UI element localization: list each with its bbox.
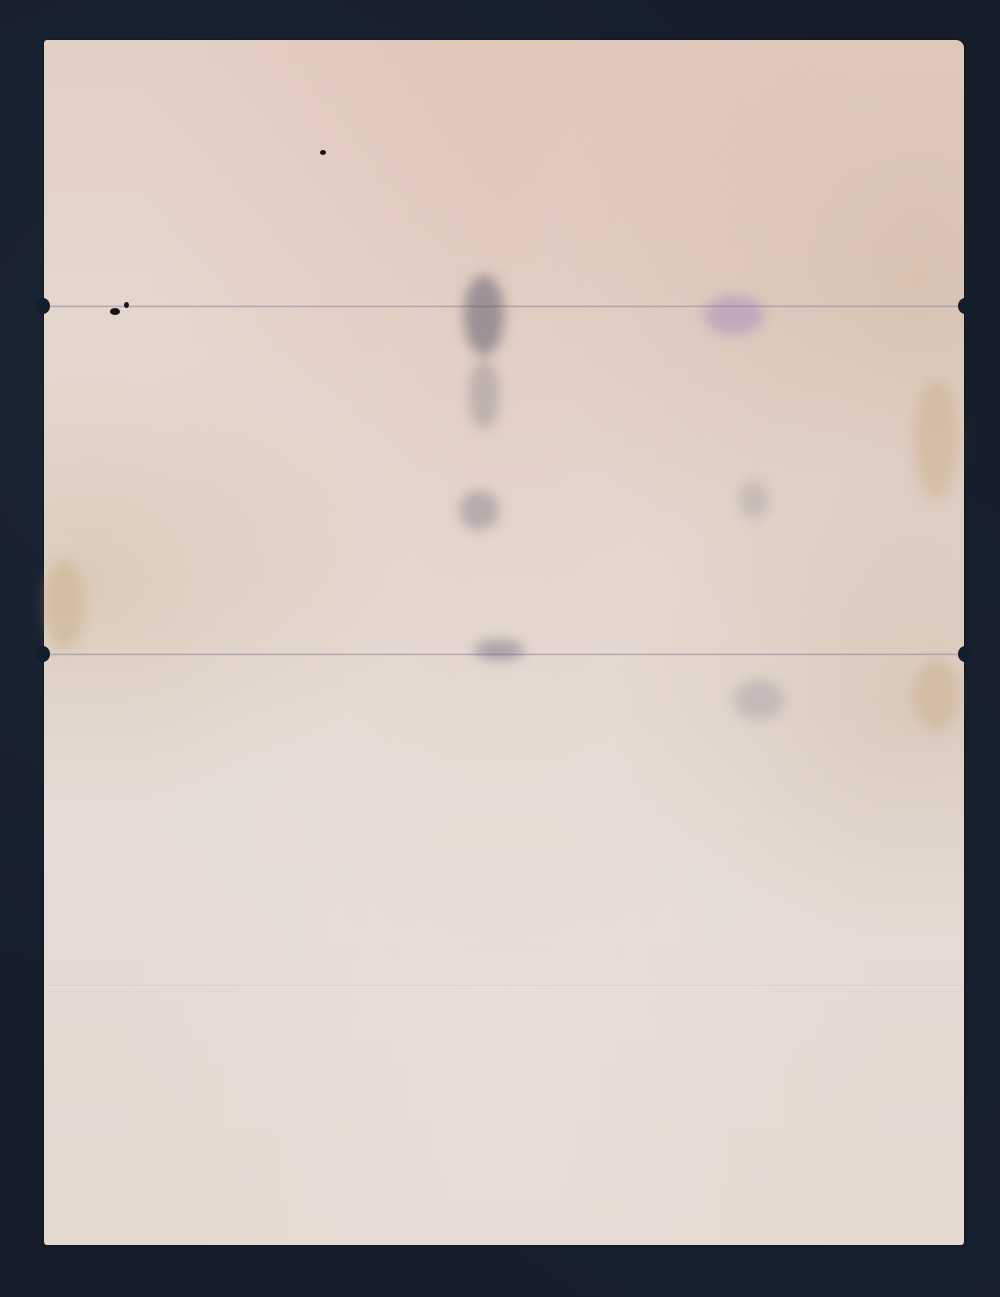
edge-tear xyxy=(36,298,50,314)
ink-smudge xyxy=(734,680,784,720)
fold-crease-top xyxy=(44,305,964,308)
stain xyxy=(914,380,959,500)
edge-tear xyxy=(958,298,972,314)
fold-crease-bottom xyxy=(44,985,964,987)
purple-ink-smudge xyxy=(704,295,764,335)
paper-hole xyxy=(110,308,120,315)
ink-smudge xyxy=(739,480,769,520)
edge-tear xyxy=(36,646,50,662)
paper-sheet xyxy=(44,40,964,1245)
ink-smudge xyxy=(459,490,499,530)
ink-smudge xyxy=(474,640,524,660)
stain xyxy=(914,660,959,730)
stain xyxy=(44,560,84,650)
paper-hole xyxy=(124,302,129,308)
ink-smudge xyxy=(464,275,504,355)
paper-hole xyxy=(320,150,326,155)
edge-tear xyxy=(958,646,972,662)
ink-smudge xyxy=(469,360,499,430)
